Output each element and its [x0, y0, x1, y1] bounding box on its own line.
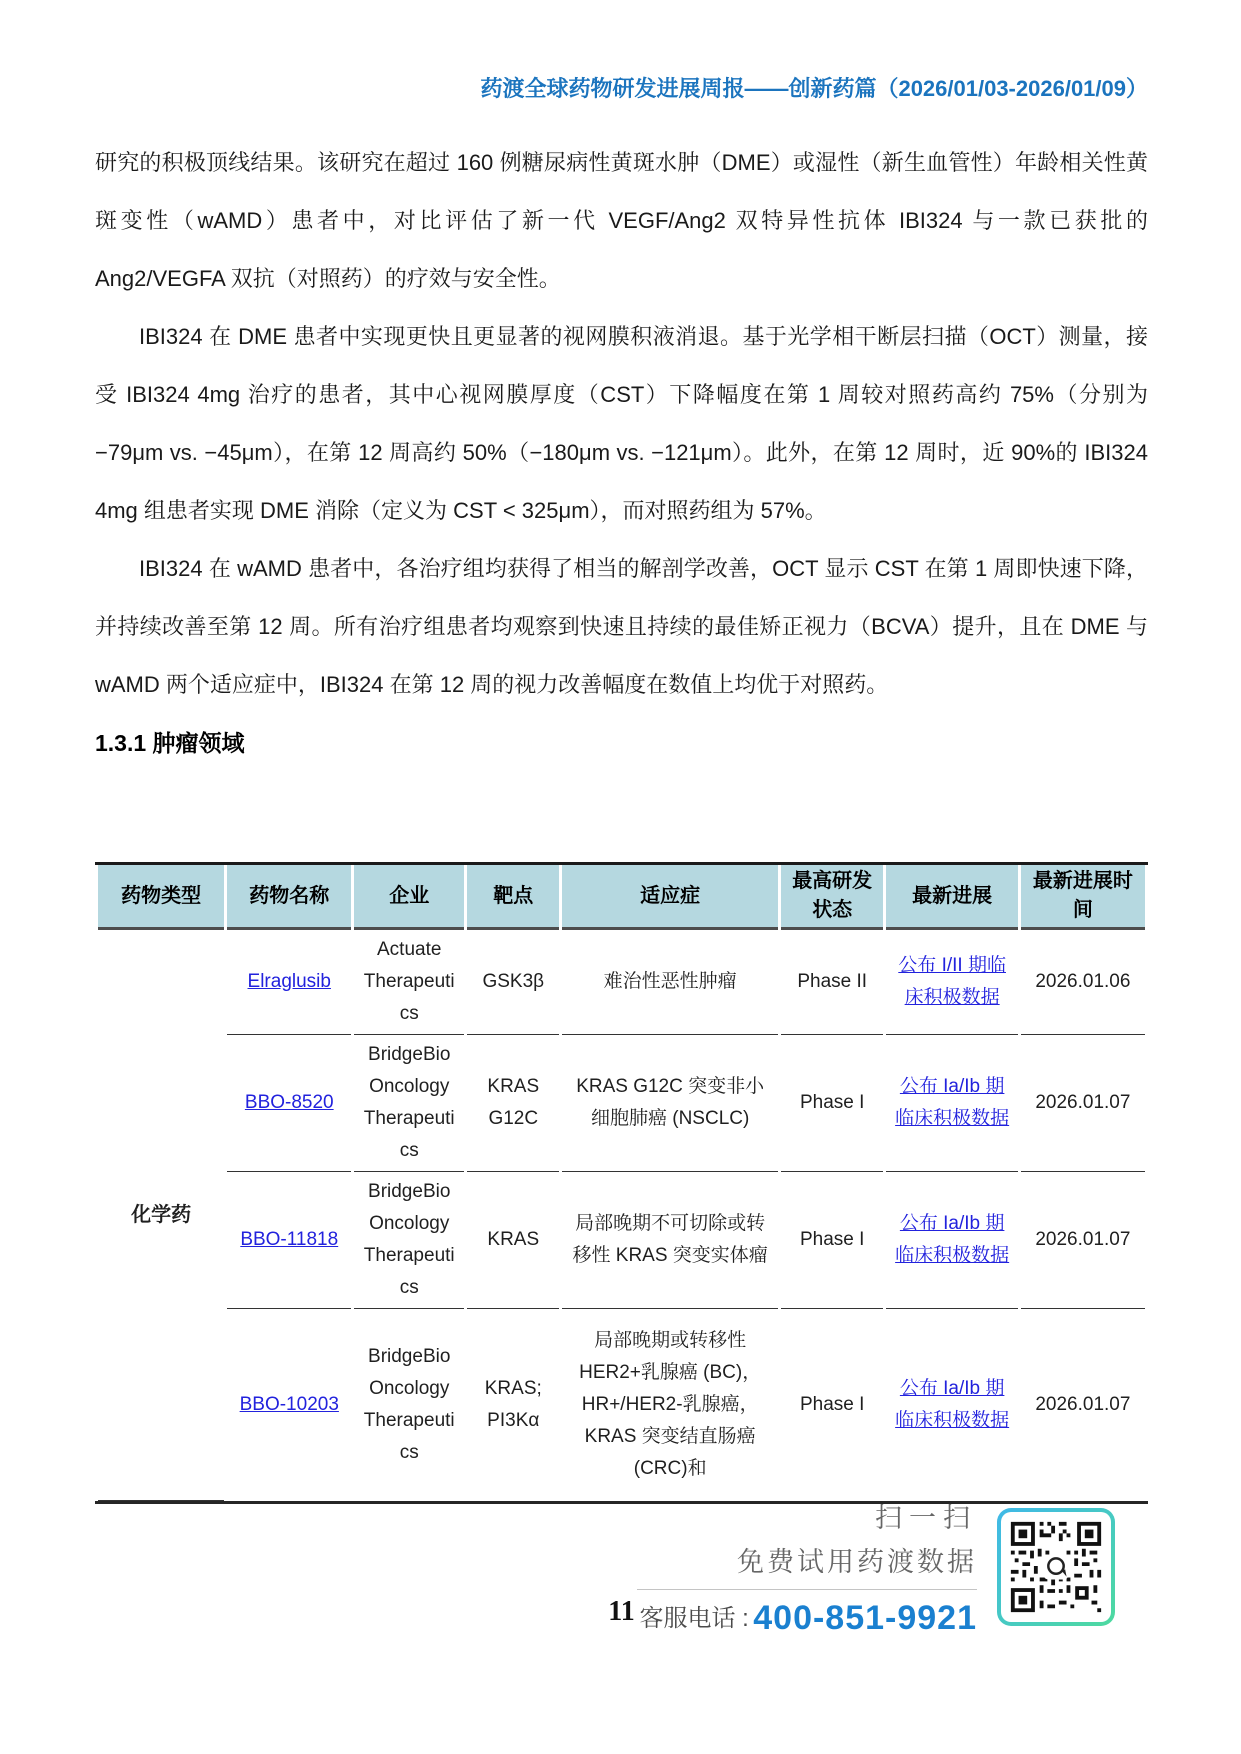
table-row: BBO-11818 BridgeBio Oncology Therapeutic… — [98, 1172, 1145, 1309]
progress-link[interactable]: 公布 I/II 期临床积极数据 — [898, 955, 1006, 1008]
col-header-company: 企业 — [354, 865, 464, 930]
col-header-drug-name: 药物名称 — [227, 865, 351, 930]
body-text: 研究的积极顶线结果。该研究在超过 160 例糖尿病性黄斑水肿（DME）或湿性（新… — [95, 134, 1148, 772]
drug-name-link[interactable]: BBO-10203 — [240, 1394, 339, 1415]
company-cell: Actuate Therapeutics — [354, 930, 464, 1035]
progress-cell: 公布 Ia/Ib 期临床积极数据 — [886, 1035, 1017, 1172]
indication-cell: 局部晚期不可切除或转移性 KRAS 突变实体瘤 — [562, 1172, 777, 1309]
col-header-highest-phase: 最高研发状态 — [781, 865, 884, 930]
col-header-target: 靶点 — [467, 865, 559, 930]
date-cell: 2026.01.07 — [1021, 1035, 1145, 1172]
phase-cell: Phase II — [781, 930, 884, 1035]
progress-link[interactable]: 公布 Ia/Ib 期临床积极数据 — [895, 1076, 1009, 1129]
table-row: BBO-8520 BridgeBio Oncology Therapeutics… — [98, 1035, 1145, 1172]
free-trial-text: 免费试用药渡数据 — [637, 1540, 977, 1579]
indication-cell: KRAS G12C 突变非小细胞肺癌 (NSCLC) — [562, 1035, 777, 1172]
document-page: 药渡全球药物研发进展周报——创新药篇（2026/01/03-2026/01/09… — [0, 0, 1241, 1754]
drug-name-cell: BBO-8520 — [227, 1035, 351, 1172]
paragraph-2: IBI324 在 DME 患者中实现更快且更显著的视网膜积液消退。基于光学相干断… — [95, 308, 1148, 540]
date-cell: 2026.01.06 — [1021, 930, 1145, 1035]
footer-divider — [637, 1589, 977, 1590]
target-cell: GSK3β — [467, 930, 559, 1035]
date-cell: 2026.01.07 — [1021, 1309, 1145, 1501]
indication-cell: 局部晚期或转移性 HER2+乳腺癌 (BC)，HR+/HER2-乳腺癌，KRAS… — [562, 1309, 777, 1501]
progress-cell: 公布 Ia/Ib 期临床积极数据 — [886, 1309, 1017, 1501]
phase-cell: Phase I — [781, 1309, 884, 1501]
col-header-drug-type: 药物类型 — [98, 865, 224, 930]
section-heading: 1.3.1 肿瘤领域 — [95, 714, 1148, 772]
progress-link[interactable]: 公布 Ia/Ib 期临床积极数据 — [895, 1378, 1009, 1431]
table-row: 化学药 Elraglusib Actuate Therapeutics GSK3… — [98, 930, 1145, 1035]
table-header-row: 药物类型 药物名称 企业 靶点 适应症 最高研发状态 最新进展 最新进展时间 — [98, 865, 1145, 930]
col-header-progress-date: 最新进展时间 — [1021, 865, 1145, 930]
indication-cell: 难治性恶性肿瘤 — [562, 930, 777, 1035]
target-cell: KRAS — [467, 1172, 559, 1309]
drug-name-link[interactable]: Elraglusib — [248, 971, 331, 992]
company-cell: BridgeBio Oncology Therapeutics — [354, 1172, 464, 1309]
table-row: BBO-10203 BridgeBio Oncology Therapeutic… — [98, 1309, 1145, 1501]
page-number: 11 — [95, 1596, 1148, 1628]
progress-cell: 公布 Ia/Ib 期临床积极数据 — [886, 1172, 1017, 1309]
drug-name-cell: Elraglusib — [227, 930, 351, 1035]
drug-name-link[interactable]: BBO-8520 — [245, 1092, 334, 1113]
col-header-indication: 适应症 — [562, 865, 777, 930]
drug-name-link[interactable]: BBO-11818 — [240, 1229, 338, 1250]
progress-link[interactable]: 公布 Ia/Ib 期临床积极数据 — [895, 1213, 1009, 1266]
target-cell: KRAS G12C — [467, 1035, 559, 1172]
target-cell: KRAS; PI3Kα — [467, 1309, 559, 1501]
paragraph-3: IBI324 在 wAMD 患者中，各治疗组均获得了相当的解剖学改善，OCT 显… — [95, 540, 1148, 714]
drug-name-cell: BBO-11818 — [227, 1172, 351, 1309]
phase-cell: Phase I — [781, 1172, 884, 1309]
col-header-latest-progress: 最新进展 — [886, 865, 1017, 930]
date-cell: 2026.01.07 — [1021, 1172, 1145, 1309]
drug-name-cell: BBO-10203 — [227, 1309, 351, 1501]
page-header-title: 药渡全球药物研发进展周报——创新药篇（2026/01/03-2026/01/09… — [95, 72, 1148, 103]
company-cell: BridgeBio Oncology Therapeutics — [354, 1035, 464, 1172]
company-cell: BridgeBio Oncology Therapeutics — [354, 1309, 464, 1501]
paragraph-1: 研究的积极顶线结果。该研究在超过 160 例糖尿病性黄斑水肿（DME）或湿性（新… — [95, 134, 1148, 308]
drug-type-cell: 化学药 — [98, 930, 224, 1501]
scan-hint-text: 扫一扫 — [637, 1496, 977, 1535]
progress-cell: 公布 I/II 期临床积极数据 — [886, 930, 1017, 1035]
drug-progress-table: 药物类型 药物名称 企业 靶点 适应症 最高研发状态 最新进展 最新进展时间 化… — [95, 862, 1148, 1504]
phase-cell: Phase I — [781, 1035, 884, 1172]
